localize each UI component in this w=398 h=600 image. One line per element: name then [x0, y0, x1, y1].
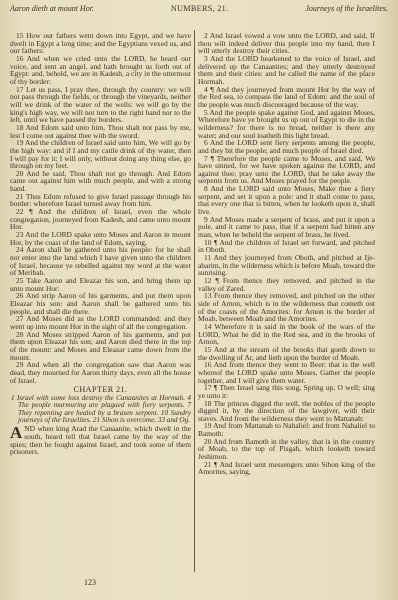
verse: 21 Thus Edom refused to give Israel pass… — [10, 193, 191, 208]
verse: 14 Wherefore it is said in the book of t… — [198, 323, 375, 346]
verse: 16 And when we cried unto the LORD, he h… — [10, 55, 191, 86]
verse: 3 And the LORD hearkened to the voice of… — [198, 55, 375, 86]
verse: 18 And Edom said unto him, Thou shalt no… — [10, 124, 191, 139]
verse: 27 And Moses did as the LORD commanded: … — [10, 315, 191, 330]
first-verse-text: ND when king Arad the Canaanite, which d… — [10, 424, 191, 456]
header-right-topic: Journeys of the Israelites. — [305, 4, 388, 13]
verse: 23 And the LORD spake unto Moses and Aar… — [10, 231, 191, 246]
verse: 15 And at the stream of the brooks that … — [198, 346, 375, 361]
verse: 10 ¶ And the children of Israel set forw… — [198, 239, 375, 254]
chapter-title: CHAPTER 21. — [10, 386, 191, 394]
verse: 19 And the children of Israel said unto … — [10, 139, 191, 170]
verse: 8 And the LORD said unto Moses, Make the… — [198, 185, 375, 216]
verse: 20 And he said, Thou shalt not go throug… — [10, 170, 191, 193]
verse: 18 The princes digged the well, the nobl… — [198, 400, 375, 423]
verse: 6 And the LORD sent fiery serpents among… — [198, 139, 375, 154]
drop-cap: A — [10, 426, 22, 440]
left-column: 15 How our fathers went down into Egypt,… — [10, 32, 191, 456]
verse: 13 From thence they removed, and pitched… — [198, 292, 375, 323]
verse: 11 And they journeyed from Oboth, and pi… — [198, 254, 375, 277]
book-page: Aaron dieth at mount Hor. NUMBERS, 21. J… — [0, 0, 398, 600]
chapter-summary: 1 Israel with some loss destroy the Cana… — [10, 395, 191, 425]
verse: 20 And from Bamoth in the valley, that i… — [198, 438, 375, 461]
verse: 24 Aaron shall be gathered unto his peop… — [10, 246, 191, 277]
header-left-topic: Aaron dieth at mount Hor. — [10, 4, 94, 13]
verse: 7 ¶ Therefore the people came to Moses, … — [198, 155, 375, 186]
verse: 2 And Israel vowed a vow unto the LORD, … — [198, 32, 375, 55]
verse: 12 ¶ From thence they removed, and pitch… — [198, 277, 375, 292]
verse: 21 ¶ And Israel sent messengers unto Sih… — [198, 461, 375, 476]
verse: 19 And from Mattanah to Nahaliel: and fr… — [198, 422, 375, 437]
verse: 4 ¶ And they journeyed from mount Hor by… — [198, 86, 375, 109]
verse: 29 And when all the congregation saw tha… — [10, 361, 191, 384]
verse: 22 ¶ And the children of Israel, even th… — [10, 208, 191, 231]
verse: 9 And Moses made a serpent of brass, and… — [198, 216, 375, 239]
verse: 15 How our fathers went down into Egypt,… — [10, 32, 191, 55]
verse: 17 ¶ Then Israel sang this song, Spring … — [198, 384, 375, 399]
verse: 25 Take Aaron and Eleazar his son, and b… — [10, 277, 191, 292]
page-number: 123 — [84, 578, 96, 587]
first-verse: AND when king Arad the Canaanite, which … — [10, 425, 191, 456]
header-book-chapter: NUMBERS, 21. — [171, 4, 229, 13]
verse: 28 And Moses stripped Aaron of his garme… — [10, 331, 191, 362]
verse: 26 And strip Aaron of his garments, and … — [10, 292, 191, 315]
verse: 5 And the people spake against God, and … — [198, 109, 375, 140]
running-header: Aaron dieth at mount Hor. NUMBERS, 21. J… — [10, 4, 388, 16]
verse: 16 And from thence they went to Beer: th… — [198, 361, 375, 384]
column-divider — [194, 30, 195, 572]
verse: 17 Let us pass, I pray thee, through thy… — [10, 86, 191, 124]
right-column: 2 And Israel vowed a vow unto the LORD, … — [198, 32, 375, 476]
